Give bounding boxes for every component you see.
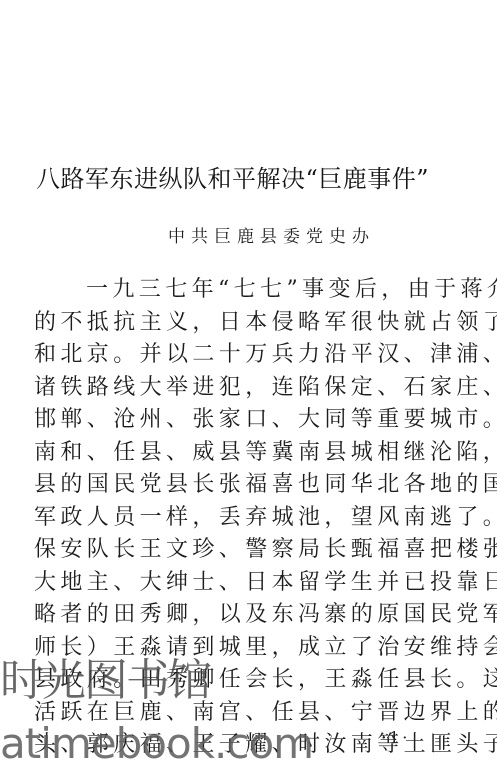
body-line: 保安队长王文珍、警察局长甄福喜把楼张镇的 — [34, 536, 460, 569]
body-line: 县的国民党县长张福喜也同华北各地的国民党 — [34, 471, 460, 504]
page-number: ·1· — [381, 728, 410, 748]
body-line: 诸铁路线大举进犯，连陷保定、石家庄、邢台、 — [34, 374, 460, 407]
body-line: 大地主、大绅士、日本留学生并已投靠日本侵 — [34, 569, 460, 602]
body-line: 的不抵抗主义，日本侵略军很快就占领了天津 — [34, 309, 460, 342]
watermark-url: atimebook.com — [0, 720, 313, 768]
watermark-chinese: 时光图书馆 — [0, 656, 210, 706]
article-byline: 中共巨鹿县委党史办 — [168, 226, 375, 248]
body-line: 邯郸、沧州、张家口、大同等重要城市。接着 — [34, 406, 460, 439]
body-line: 一九三七年“七七”事变后，由于蒋介石 — [34, 276, 460, 309]
body-line: 和北京。并以二十万兵力沿平汉、津浦、平绥 — [34, 341, 460, 374]
document-page: 八路军东进纵队和平解决“巨鹿事件” 中共巨鹿县委党史办 一九三七年“七七”事变后… — [0, 0, 497, 768]
body-line: 南和、任县、威县等冀南县城相继沦陷，巨鹿 — [34, 439, 460, 472]
body-line: 军政人员一样，丢弃城池，望风南逃了。巨鹿县 — [34, 504, 460, 537]
body-line: 略者的田秀卿，以及东冯寨的原国民党军官（ — [34, 601, 460, 634]
article-title: 八路军东进纵队和平解决“巨鹿事件” — [36, 164, 466, 194]
